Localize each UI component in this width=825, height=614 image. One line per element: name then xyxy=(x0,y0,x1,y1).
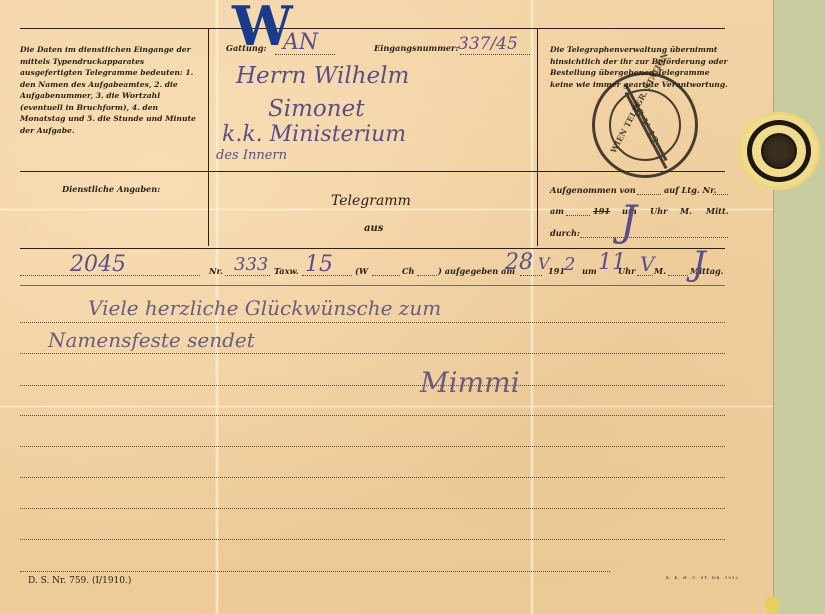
address-line-4: des Innern xyxy=(216,148,287,163)
dienstliche-angaben-label: Dienstliche Angaben: xyxy=(62,184,160,194)
message-line-1: Viele herzliche Glückwünsche zum xyxy=(88,296,441,320)
column-divider-right xyxy=(537,28,538,246)
month-field-line xyxy=(520,275,542,276)
ltg-field-line xyxy=(713,194,728,195)
telegram-title: Telegramm xyxy=(331,193,411,209)
w-field-line xyxy=(372,275,400,276)
taxw-label: Taxw. xyxy=(274,266,299,276)
blue-crayon-mark: W xyxy=(232,0,293,58)
header-top-rule xyxy=(20,28,725,29)
message-line xyxy=(20,508,725,509)
m-label: M. xyxy=(654,266,666,276)
eingangsnummer-label: Eingangsnummer: xyxy=(374,43,458,53)
fold-line xyxy=(530,0,534,614)
taxw-value: 15 xyxy=(305,252,333,277)
wax-seal: K.K. TELEGRAPHEN AMT xyxy=(741,115,817,187)
header-bottom-rule xyxy=(20,248,725,249)
message-line xyxy=(20,385,725,386)
am-mitt-label: Mitt. xyxy=(706,206,729,216)
service-data-notice: Die Daten im dienstlichen Eingange der m… xyxy=(20,44,205,136)
message-line-2: Namensfeste sendet xyxy=(48,328,255,352)
aufgenommen-field-line xyxy=(637,194,661,195)
am-field-line xyxy=(566,215,590,216)
nr-value: 333 xyxy=(234,254,268,275)
am-uhr-label: Uhr xyxy=(650,206,667,216)
mittag-field-line xyxy=(668,275,688,276)
signature: Mimmi xyxy=(420,366,520,399)
aufgegeben-label: ) aufgegeben am xyxy=(438,266,515,276)
telegram-paper: Die Daten im dienstlichen Eingange der m… xyxy=(0,0,774,614)
address-line-2: Simonet xyxy=(268,96,364,122)
telegram-aus: aus xyxy=(364,223,383,234)
origin-value: 2045 xyxy=(70,252,126,277)
ch-label: Ch xyxy=(402,266,414,276)
address-line-1: Herrn Wilhelm xyxy=(236,63,409,89)
minute-value: V xyxy=(640,252,654,276)
um-label: um xyxy=(582,266,597,276)
w-label: (W xyxy=(355,266,368,276)
eingangsnummer-value: 337/45 xyxy=(458,34,518,54)
column-divider-left xyxy=(208,28,209,246)
durch-initial: J xyxy=(620,196,637,245)
year-prefix: 191 xyxy=(548,266,565,276)
message-line xyxy=(20,571,610,572)
printer-mark: K. K. H. U. ST. DR. 1912 xyxy=(666,575,739,580)
auf-ltg-label: auf Ltg. Nr. xyxy=(664,185,717,195)
message-line xyxy=(20,415,725,416)
nr-label: Nr. xyxy=(209,266,223,276)
address-line-3: k.k. Ministerium xyxy=(222,122,406,147)
dispatch-underline xyxy=(20,285,725,286)
mittag-initial: J xyxy=(692,244,706,284)
uhr-label: Uhr xyxy=(618,266,635,276)
message-line xyxy=(20,477,725,478)
day-value: 28 xyxy=(505,250,533,275)
am-year-prefix: 191 xyxy=(593,206,610,216)
message-line xyxy=(20,322,725,323)
ch-field-line xyxy=(417,275,437,276)
am-label: am xyxy=(550,206,564,216)
form-number: D. S. Nr. 759. (I/1910.) xyxy=(28,576,131,586)
message-line xyxy=(20,353,725,354)
am-m-label: M. xyxy=(680,206,692,216)
durch-field-line xyxy=(580,237,728,238)
message-line xyxy=(20,446,725,447)
fold-line xyxy=(0,405,773,408)
message-line xyxy=(20,539,725,540)
durch-label: durch: xyxy=(550,228,580,238)
year-value: 2 xyxy=(564,254,575,275)
seal-fragment xyxy=(765,596,779,614)
aufgenommen-label: Aufgenommen von xyxy=(550,185,636,195)
nr-field-line xyxy=(225,275,270,276)
eingangsnummer-field-line xyxy=(460,54,530,55)
